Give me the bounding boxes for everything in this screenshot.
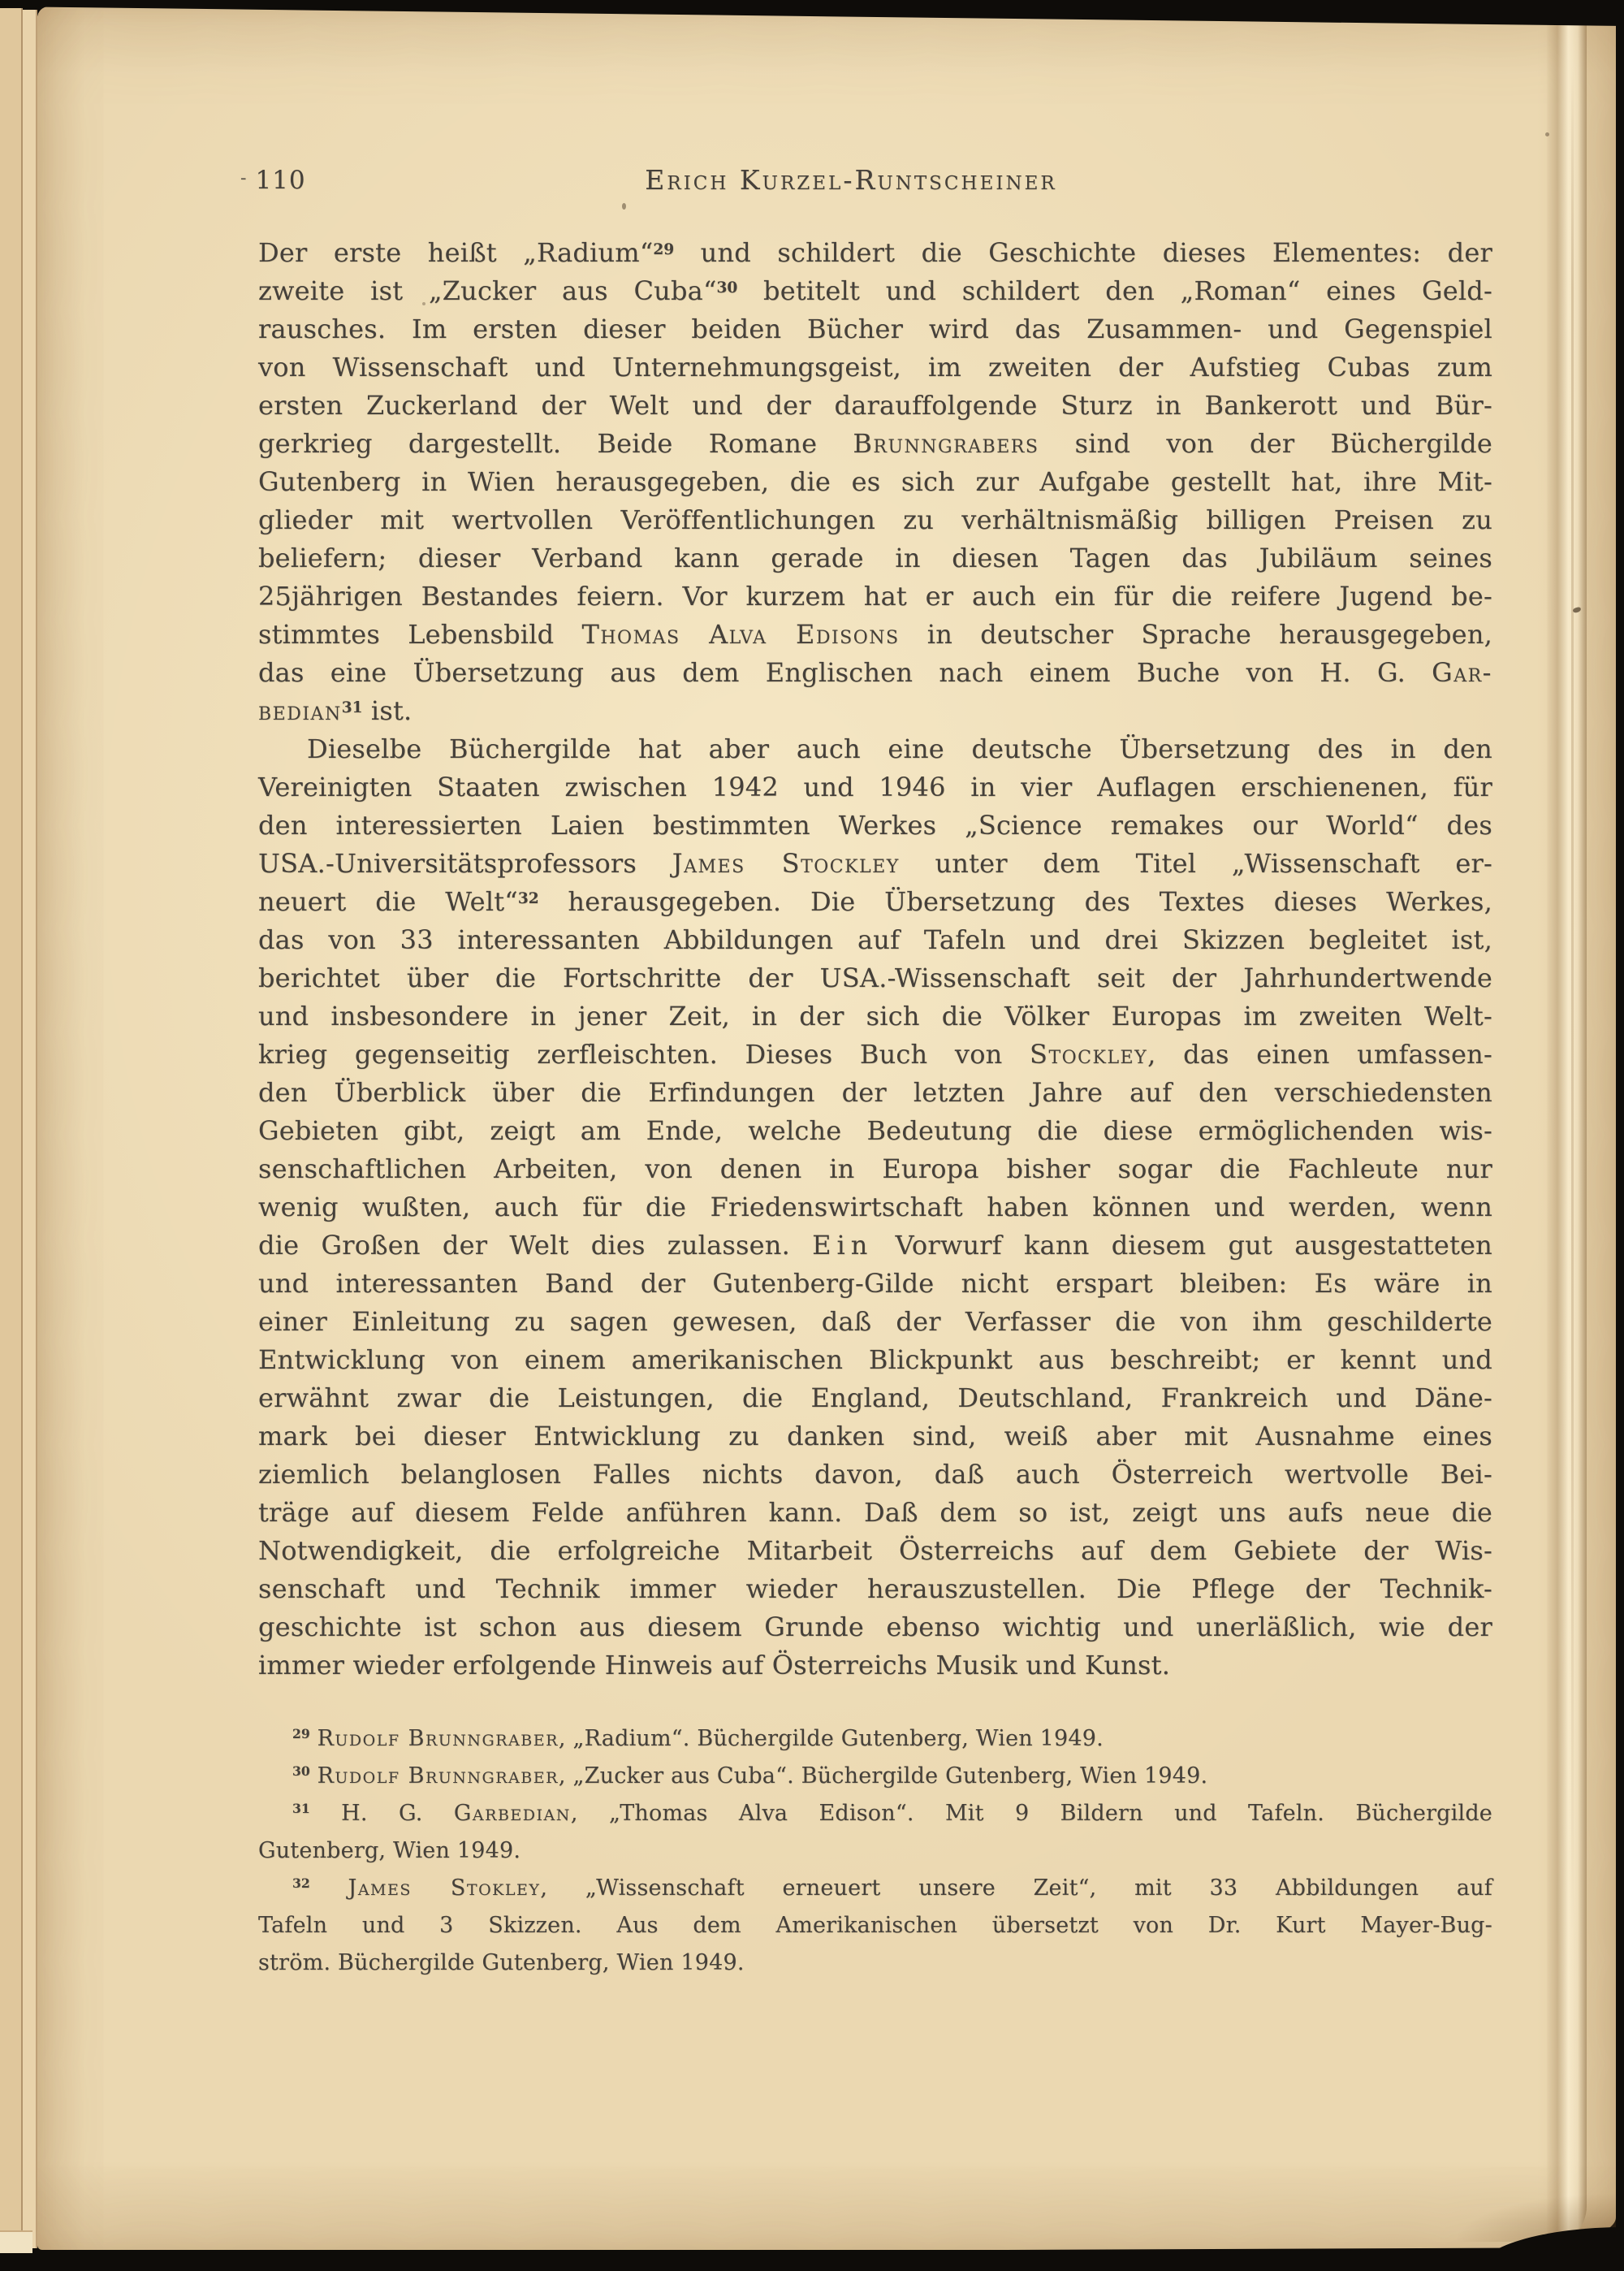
text-run: erwähnt zwar die Leistungen, die England… [258, 1382, 1492, 1413]
text-line: wenig wußten, auch für die Friedenswirts… [258, 1188, 1492, 1226]
page-stack-edge-inner [23, 10, 37, 2248]
text-run: das eine Übersetzung aus dem Englischen … [258, 657, 1432, 688]
text-line: Tafeln und 3 Skizzen. Aus dem Amerikanis… [258, 1907, 1492, 1944]
text-line: berichtet über die Fortschritte der USA.… [258, 959, 1492, 997]
text-line: den interessierten Laien bestimmten Werk… [258, 807, 1492, 845]
ink-speck [1545, 132, 1549, 136]
text-line: 29 Rudolf Brunngraber, „Radium“. Bücherg… [258, 1720, 1492, 1758]
text-run: träge auf diesem Felde anführen kann. Da… [258, 1497, 1492, 1528]
footnote: 30 Rudolf Brunngraber, „Zucker aus Cuba“… [258, 1758, 1492, 1795]
text-line: Dieselbe Büchergilde hat aber auch eine … [258, 730, 1492, 768]
text-line: und interessanten Band der Gutenberg-Gil… [258, 1265, 1492, 1303]
text-run: Gutenberg, Wien 1949. [258, 1838, 520, 1863]
text-run: einer Einleitung zu sagen gewesen, daß d… [258, 1306, 1492, 1337]
text-run: H. G. [310, 1801, 454, 1826]
text-line: gerkrieg dargestellt. Beide Romane Brunn… [258, 425, 1492, 463]
text-line: den Überblick über die Erfindungen der l… [258, 1074, 1492, 1112]
small-caps-name: bedian [258, 695, 342, 726]
text-line: bedian31 ist. [258, 692, 1492, 730]
text-run: Entwicklung von einem amerikanischen Bli… [258, 1344, 1492, 1375]
text-run: Tafeln und 3 Skizzen. Aus dem Amerikanis… [258, 1913, 1492, 1938]
text-line: immer wieder erfolgende Hinweis auf Öste… [258, 1646, 1492, 1685]
text-line: 31 H. G. Garbedian, „Thomas Alva Edison“… [258, 1795, 1492, 1832]
text-run: 25jährigen Bestandes feiern. Vor kurzem … [258, 581, 1492, 612]
text-run: Vorwurf kann diesem gut ausgestatteten [873, 1230, 1492, 1261]
footnote-reference: 30 [292, 1763, 310, 1779]
text-line: Vereinigten Staaten zwischen 1942 und 19… [258, 768, 1492, 807]
text-run: Gebieten gibt, zeigt am Ende, welche Bed… [258, 1115, 1492, 1146]
scan-border-bottom [0, 2247, 1624, 2271]
page-number-mark: - [240, 168, 247, 188]
text-line: träge auf diesem Felde anführen kann. Da… [258, 1494, 1492, 1532]
text-line: senschaft und Technik immer wieder herau… [258, 1570, 1492, 1608]
ink-speck [622, 203, 626, 210]
small-caps-name: Garbedian [454, 1801, 571, 1826]
text-line: zweite ist „Zucker aus Cuba“30 betitelt … [258, 272, 1492, 310]
footnote-reference: 32 [518, 890, 539, 907]
text-run: ersten Zuckerland der Welt und der darau… [258, 390, 1492, 421]
small-caps-name: James Stokley [348, 1875, 541, 1901]
text-run: neuert die Welt“ [258, 886, 518, 917]
footnote-reference: 29 [653, 241, 674, 258]
text-line: Gutenberg, Wien 1949. [258, 1832, 1492, 1870]
text-line: ziemlich belanglosen Falles nichts davon… [258, 1456, 1492, 1494]
text-run: die Großen der Welt dies zulassen. [258, 1230, 812, 1261]
text-run: beliefern; dieser Verband kann gerade in… [258, 543, 1492, 573]
text-line: Notwendigkeit, die erfolgreiche Mitarbei… [258, 1532, 1492, 1570]
text-run [310, 1875, 348, 1901]
text-run: USA.-Universitätsprofessors [258, 848, 672, 879]
text-run: Gutenberg in Wien herausgegeben, die es … [258, 466, 1492, 497]
small-caps-name: Gar- [1432, 657, 1492, 688]
footnote-reference: 29 [292, 1726, 310, 1741]
text-run: rausches. Im ersten dieser beiden Bücher… [258, 314, 1492, 344]
text-line: die Großen der Welt dies zulassen. Ein V… [258, 1226, 1492, 1265]
text-run: , das einen umfassen- [1147, 1039, 1492, 1070]
text-run: glieder mit wertvollen Veröffentlichunge… [258, 504, 1492, 535]
text-line: mark bei dieser Entwicklung zu danken si… [258, 1417, 1492, 1456]
footnote-reference: 31 [292, 1801, 310, 1816]
text-run: immer wieder erfolgende Hinweis auf Öste… [258, 1650, 1170, 1681]
text-line: 32 James Stokley, „Wissenschaft erneuert… [258, 1870, 1492, 1907]
text-line: 30 Rudolf Brunngraber, „Zucker aus Cuba“… [258, 1758, 1492, 1795]
text-line: neuert die Welt“32 herausgegeben. Die Üb… [258, 883, 1492, 921]
text-run: von Wissenschaft und Unternehmungsgeist,… [258, 352, 1492, 383]
text-line: senschaftlichen Arbeiten, von denen in E… [258, 1150, 1492, 1188]
text-run: Notwendigkeit, die erfolgreiche Mitarbei… [258, 1535, 1492, 1566]
text-line: krieg gegenseitig zerfleischten. Dieses … [258, 1036, 1492, 1074]
small-caps-name: Rudolf Brunngraber [317, 1726, 559, 1751]
text-run: , „Thomas Alva Edison“. Mit 9 Bildern un… [571, 1801, 1492, 1826]
footnotes: 29 Rudolf Brunngraber, „Radium“. Bücherg… [258, 1720, 1492, 1982]
text-line: und insbesondere in jener Zeit, in der s… [258, 997, 1492, 1036]
footnote-reference: 31 [342, 699, 363, 716]
small-caps-name: Stockley [1030, 1039, 1147, 1070]
text-run: den Überblick über die Erfindungen der l… [258, 1077, 1492, 1108]
text-run: unter dem Titel „Wissenschaft er- [900, 848, 1492, 879]
ink-speck [422, 302, 425, 305]
text-run: , „Radium“. Büchergilde Gutenberg, Wien … [559, 1726, 1104, 1751]
text-run: ziemlich belanglosen Falles nichts davon… [258, 1459, 1492, 1490]
text-run: betitelt und schildert den „Roman“ eines… [737, 275, 1492, 306]
text-line: von Wissenschaft und Unternehmungsgeist,… [258, 348, 1492, 387]
text-line: geschichte ist schon aus diesem Grunde e… [258, 1608, 1492, 1646]
small-caps-name: Thomas Alva Edisons [582, 619, 900, 650]
text-line: USA.-Universitätsprofessors James Stockl… [258, 845, 1492, 883]
text-run: stimmtes Lebensbild [258, 619, 582, 650]
text-run: und interessanten Band der Gutenberg-Gil… [258, 1268, 1492, 1299]
text-run: , „Zucker aus Cuba“. Büchergilde Gutenbe… [559, 1763, 1207, 1789]
text-run: wenig wußten, auch für die Friedenswirts… [258, 1192, 1492, 1222]
text-run: ist. [363, 695, 412, 726]
text-line: das eine Übersetzung aus dem Englischen … [258, 654, 1492, 692]
text-run: geschichte ist schon aus diesem Grunde e… [258, 1611, 1492, 1642]
text-run: senschaft und Technik immer wieder herau… [258, 1573, 1492, 1604]
text-line: erwähnt zwar die Leistungen, die England… [258, 1379, 1492, 1417]
text-line: stimmtes Lebensbild Thomas Alva Edisons … [258, 616, 1492, 654]
text-run: den interessierten Laien bestimmten Werk… [258, 810, 1492, 841]
footnote-reference: 32 [292, 1875, 310, 1891]
text-line: Entwicklung von einem amerikanischen Bli… [258, 1341, 1492, 1379]
page-stack-bottom-notch [0, 2230, 32, 2253]
text-run: , „Wissenschaft erneuert unsere Zeit“, m… [540, 1875, 1492, 1901]
text-line: das von 33 interessanten Abbildungen auf… [258, 921, 1492, 959]
text-run: senschaftlichen Arbeiten, von denen in E… [258, 1153, 1492, 1184]
text-line: beliefern; dieser Verband kann gerade in… [258, 539, 1492, 577]
small-caps-name: James Stockley [672, 848, 900, 879]
text-run: das von 33 interessanten Abbildungen auf… [258, 924, 1492, 955]
text-run: Ein [812, 1230, 873, 1261]
text-run: in deutscher Sprache herausgegeben, [900, 619, 1492, 650]
text-line: ström. Büchergilde Gutenberg, Wien 1949. [258, 1944, 1492, 1982]
paper-crease [1571, 65, 1574, 1933]
running-head: Erich Kurzel-Runtscheiner [258, 164, 1444, 196]
scan-border-right [1616, 0, 1624, 2271]
text-line: Gutenberg in Wien herausgegeben, die es … [258, 463, 1492, 501]
small-caps-name: Rudolf Brunngraber [317, 1763, 559, 1789]
text-run: zweite ist „Zucker aus Cuba“ [258, 275, 717, 306]
page-stack-edge-outer [0, 8, 23, 2250]
text-run: Vereinigten Staaten zwischen 1942 und 19… [258, 772, 1492, 802]
text-run [310, 1763, 317, 1789]
paragraph: Dieselbe Büchergilde hat aber auch eine … [258, 730, 1492, 1685]
paragraph: Der erste heißt „Radium“29 und schildert… [258, 234, 1492, 730]
text-run: herausgegeben. Die Übersetzung des Texte… [539, 886, 1492, 917]
footnote: 32 James Stokley, „Wissenschaft erneuert… [258, 1870, 1492, 1982]
text-run: Der erste heißt „Radium“ [258, 237, 653, 268]
body-text: Der erste heißt „Radium“29 und schildert… [258, 234, 1492, 1685]
text-run: Dieselbe Büchergilde hat aber auch eine … [307, 733, 1492, 764]
text-run: mark bei dieser Entwicklung zu danken si… [258, 1421, 1492, 1451]
footnote: 29 Rudolf Brunngraber, „Radium“. Bücherg… [258, 1720, 1492, 1758]
text-line: ersten Zuckerland der Welt und der darau… [258, 387, 1492, 425]
text-run: ström. Büchergilde Gutenberg, Wien 1949. [258, 1950, 745, 1975]
text-line: rausches. Im ersten dieser beiden Bücher… [258, 310, 1492, 348]
footnote-reference: 30 [717, 279, 738, 296]
text-run: und schildert die Geschichte dieses Elem… [674, 237, 1492, 268]
text-run: gerkrieg dargestellt. Beide Romane [258, 428, 853, 459]
small-caps-name: Brunngrabers [853, 428, 1039, 459]
footnote: 31 H. G. Garbedian, „Thomas Alva Edison“… [258, 1795, 1492, 1870]
text-line: Gebieten gibt, zeigt am Ende, welche Bed… [258, 1112, 1492, 1150]
text-line: Der erste heißt „Radium“29 und schildert… [258, 234, 1492, 272]
scanned-book-photo: { "page": { "number": "110", "number_mar… [0, 0, 1624, 2271]
page-right-edge [1546, 8, 1587, 2247]
text-run: berichtet über die Fortschritte der USA.… [258, 962, 1492, 993]
text-run: krieg gegenseitig zerfleischten. Dieses … [258, 1039, 1030, 1070]
text-run [310, 1726, 317, 1751]
text-line: glieder mit wertvollen Veröffentlichunge… [258, 501, 1492, 539]
text-line: einer Einleitung zu sagen gewesen, daß d… [258, 1303, 1492, 1341]
text-run: und insbesondere in jener Zeit, in der s… [258, 1001, 1492, 1032]
text-run: sind von der Büchergilde [1039, 428, 1492, 459]
text-line: 25jährigen Bestandes feiern. Vor kurzem … [258, 577, 1492, 616]
